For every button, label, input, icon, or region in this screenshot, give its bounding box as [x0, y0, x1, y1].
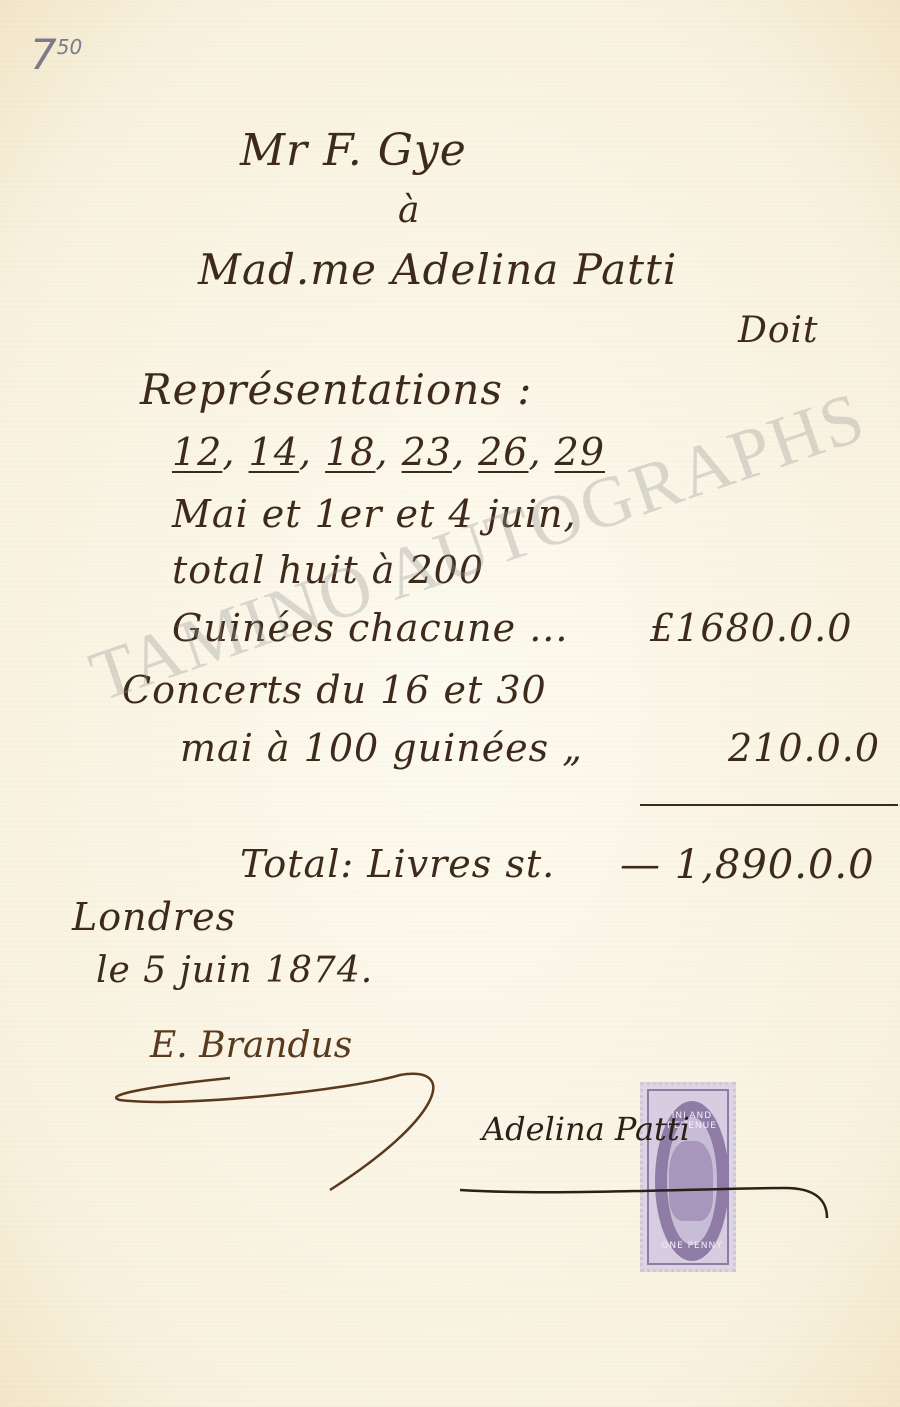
date-26: 26 [478, 430, 528, 474]
performance-dates: 12, 14, 18, 23, 26, 29 [172, 430, 605, 474]
date-29: 29 [555, 430, 605, 474]
section-heading: Représentations : [140, 365, 532, 414]
price-superscript: 50 [57, 35, 82, 59]
performance-line-2: Mai et 1er et 4 juin, [172, 492, 577, 536]
addressee: Mr F. Gye [240, 125, 467, 176]
signature-flourish-icon [100, 1060, 480, 1200]
creditor-name: Mad.me Adelina Patti [198, 245, 677, 294]
performance-line-3: total huit à 200 [172, 548, 484, 592]
to-word: à [398, 190, 420, 231]
total-label: Total: Livres st. [240, 842, 555, 886]
pencil-price-note: 750 [30, 30, 82, 79]
performance-amount: £1680.0.0 [650, 606, 852, 650]
total-amount: — 1,890.0.0 [620, 842, 875, 888]
signature-underline-icon [455, 1160, 855, 1230]
concerts-amount: 210.0.0 [728, 726, 880, 770]
performance-line-4: Guinées chacune ... [172, 606, 568, 650]
date: le 5 juin 1874. [96, 950, 373, 991]
date-12: 12 [172, 430, 222, 474]
place: Londres [72, 895, 236, 939]
owes-word: Doit [738, 310, 819, 351]
sum-rule [640, 804, 898, 806]
stamp-bottom-text: ONE PENNY [655, 1241, 729, 1251]
concerts-line-1: Concerts du 16 et 30 [122, 668, 547, 712]
date-23: 23 [402, 430, 452, 474]
watermark: TAMINO AUTOGRAPHS [80, 373, 882, 718]
date-14: 14 [249, 430, 299, 474]
date-18: 18 [325, 430, 375, 474]
signature-patti: Adelina Patti [482, 1110, 690, 1148]
price-main: 7 [30, 30, 57, 79]
concerts-line-2: mai à 100 guinées „ [180, 726, 583, 770]
